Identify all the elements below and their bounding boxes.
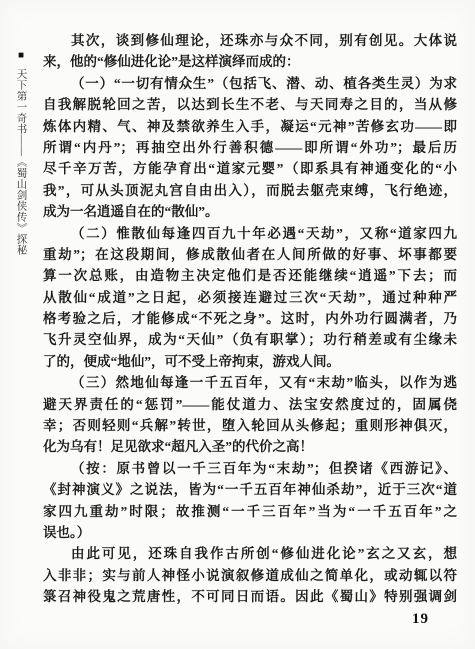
text-line: 所谓“内丹”；再抽空出外行善积德——即所谓“外功”；最后历 (43, 137, 457, 158)
text-line: 入非非；实与前人神怪小说演叙修道成仙之简单化，或动辄以符 (43, 565, 457, 586)
text-line: 算一次总账，由造物主决定他们是否还能继续“逍遥”下去；而 (43, 265, 457, 286)
text-line: 《封神演义》之说法，皆为“一千五百年神仙杀劫”，近于三次“道 (43, 479, 457, 500)
text-line: 了的，便成“地仙”，可不受上帝拘束，游戏人间。 (43, 351, 457, 372)
text-line: 尽千辛万苦，方能孕育出“道家元婴”（即系具有神通变化的“小 (43, 158, 457, 179)
text-line: （一）“一切有情众生”（包括飞、潜、动、植各类生灵）为求 (43, 73, 457, 94)
text-line: （三）然地仙每逢一千五百年，又有“末劫”临头，以作为逃 (43, 372, 457, 393)
text-line: 炼体内精、气、神及禁欲养生入手，凝运“元神”苦修玄功——即 (43, 116, 457, 137)
body-text-block: 其次，谈到修仙理论，还珠亦与众不同，别有创见。大体说来，他的“修仙进化论”是这样… (43, 30, 457, 608)
text-line: 飞升灵空仙界，成为“天仙”（负有职掌）；功行稍差或有尘缘未 (43, 329, 457, 350)
text-line: 自我解脱轮回之苦，以达到长生不老、与天同寿之目的，当从修 (43, 94, 457, 115)
text-line: 成为一名逍遥自在的“散仙”。 (43, 201, 457, 222)
text-line: 格考验之后，才能修成“不死之身”。这时，内外功行圆满者，乃 (43, 308, 457, 329)
text-line: 我”，可从头顶泥丸宫自由出入），而脱去躯壳束缚，飞行绝迹， (43, 180, 457, 201)
text-line: 其次，谈到修仙理论，还珠亦与众不同，别有创见。大体说 (43, 30, 457, 51)
text-line: 误也。） (43, 522, 457, 543)
text-line: 家四九重劫”时限；故推测“一千三百年”当为“一千五百年”之 (43, 501, 457, 522)
book-page: ■天下第一奇书——《蜀山剑侠传》探秘 其次，谈到修仙理论，还珠亦与众不同，别有创… (0, 0, 475, 649)
sidebar-series-title: ■天下第一奇书——《蜀山剑侠传》探秘 (15, 50, 26, 310)
series-title-text: 天下第一奇书——《蜀山剑侠传》探秘 (16, 69, 27, 256)
text-line: （按：原书曾以一千三百年为“末劫”；但揆诸《西游记》、 (43, 458, 457, 479)
text-line: 避天界责任的“惩罚”——能仗道力、法宝安然度过的，固属侥 (43, 394, 457, 415)
text-line: （二）惟散仙每逢四百九十年必遇“天劫”，又称“道家四九 (43, 223, 457, 244)
text-line: 重劫”；在这段期间，修成散仙者在人间所做的好事、坏事都要 (43, 244, 457, 265)
page-number: 19 (412, 611, 429, 628)
text-line: 来，他的“修仙进化论”是这样演绎而成的： (43, 51, 457, 72)
text-line: 化为乌有！足见欲求“超凡入圣”的代价之高！ (43, 436, 457, 457)
text-line: 从散仙“成道”之日起，必须接连避过三次“天劫”，通过种种严 (43, 287, 457, 308)
text-line: 由此可见，还珠自我作古所创“修仙进化论”玄之又玄，想 (43, 543, 457, 564)
text-line: 箓召神役鬼之荒唐性，不可同日而语。因此《蜀山》特别强调剑 (43, 586, 457, 607)
text-line: 幸；否则轻则“兵解”转世，堕入轮回从头修起；重则形神俱灭， (43, 415, 457, 436)
square-bullet-icon: ■ (16, 50, 27, 62)
